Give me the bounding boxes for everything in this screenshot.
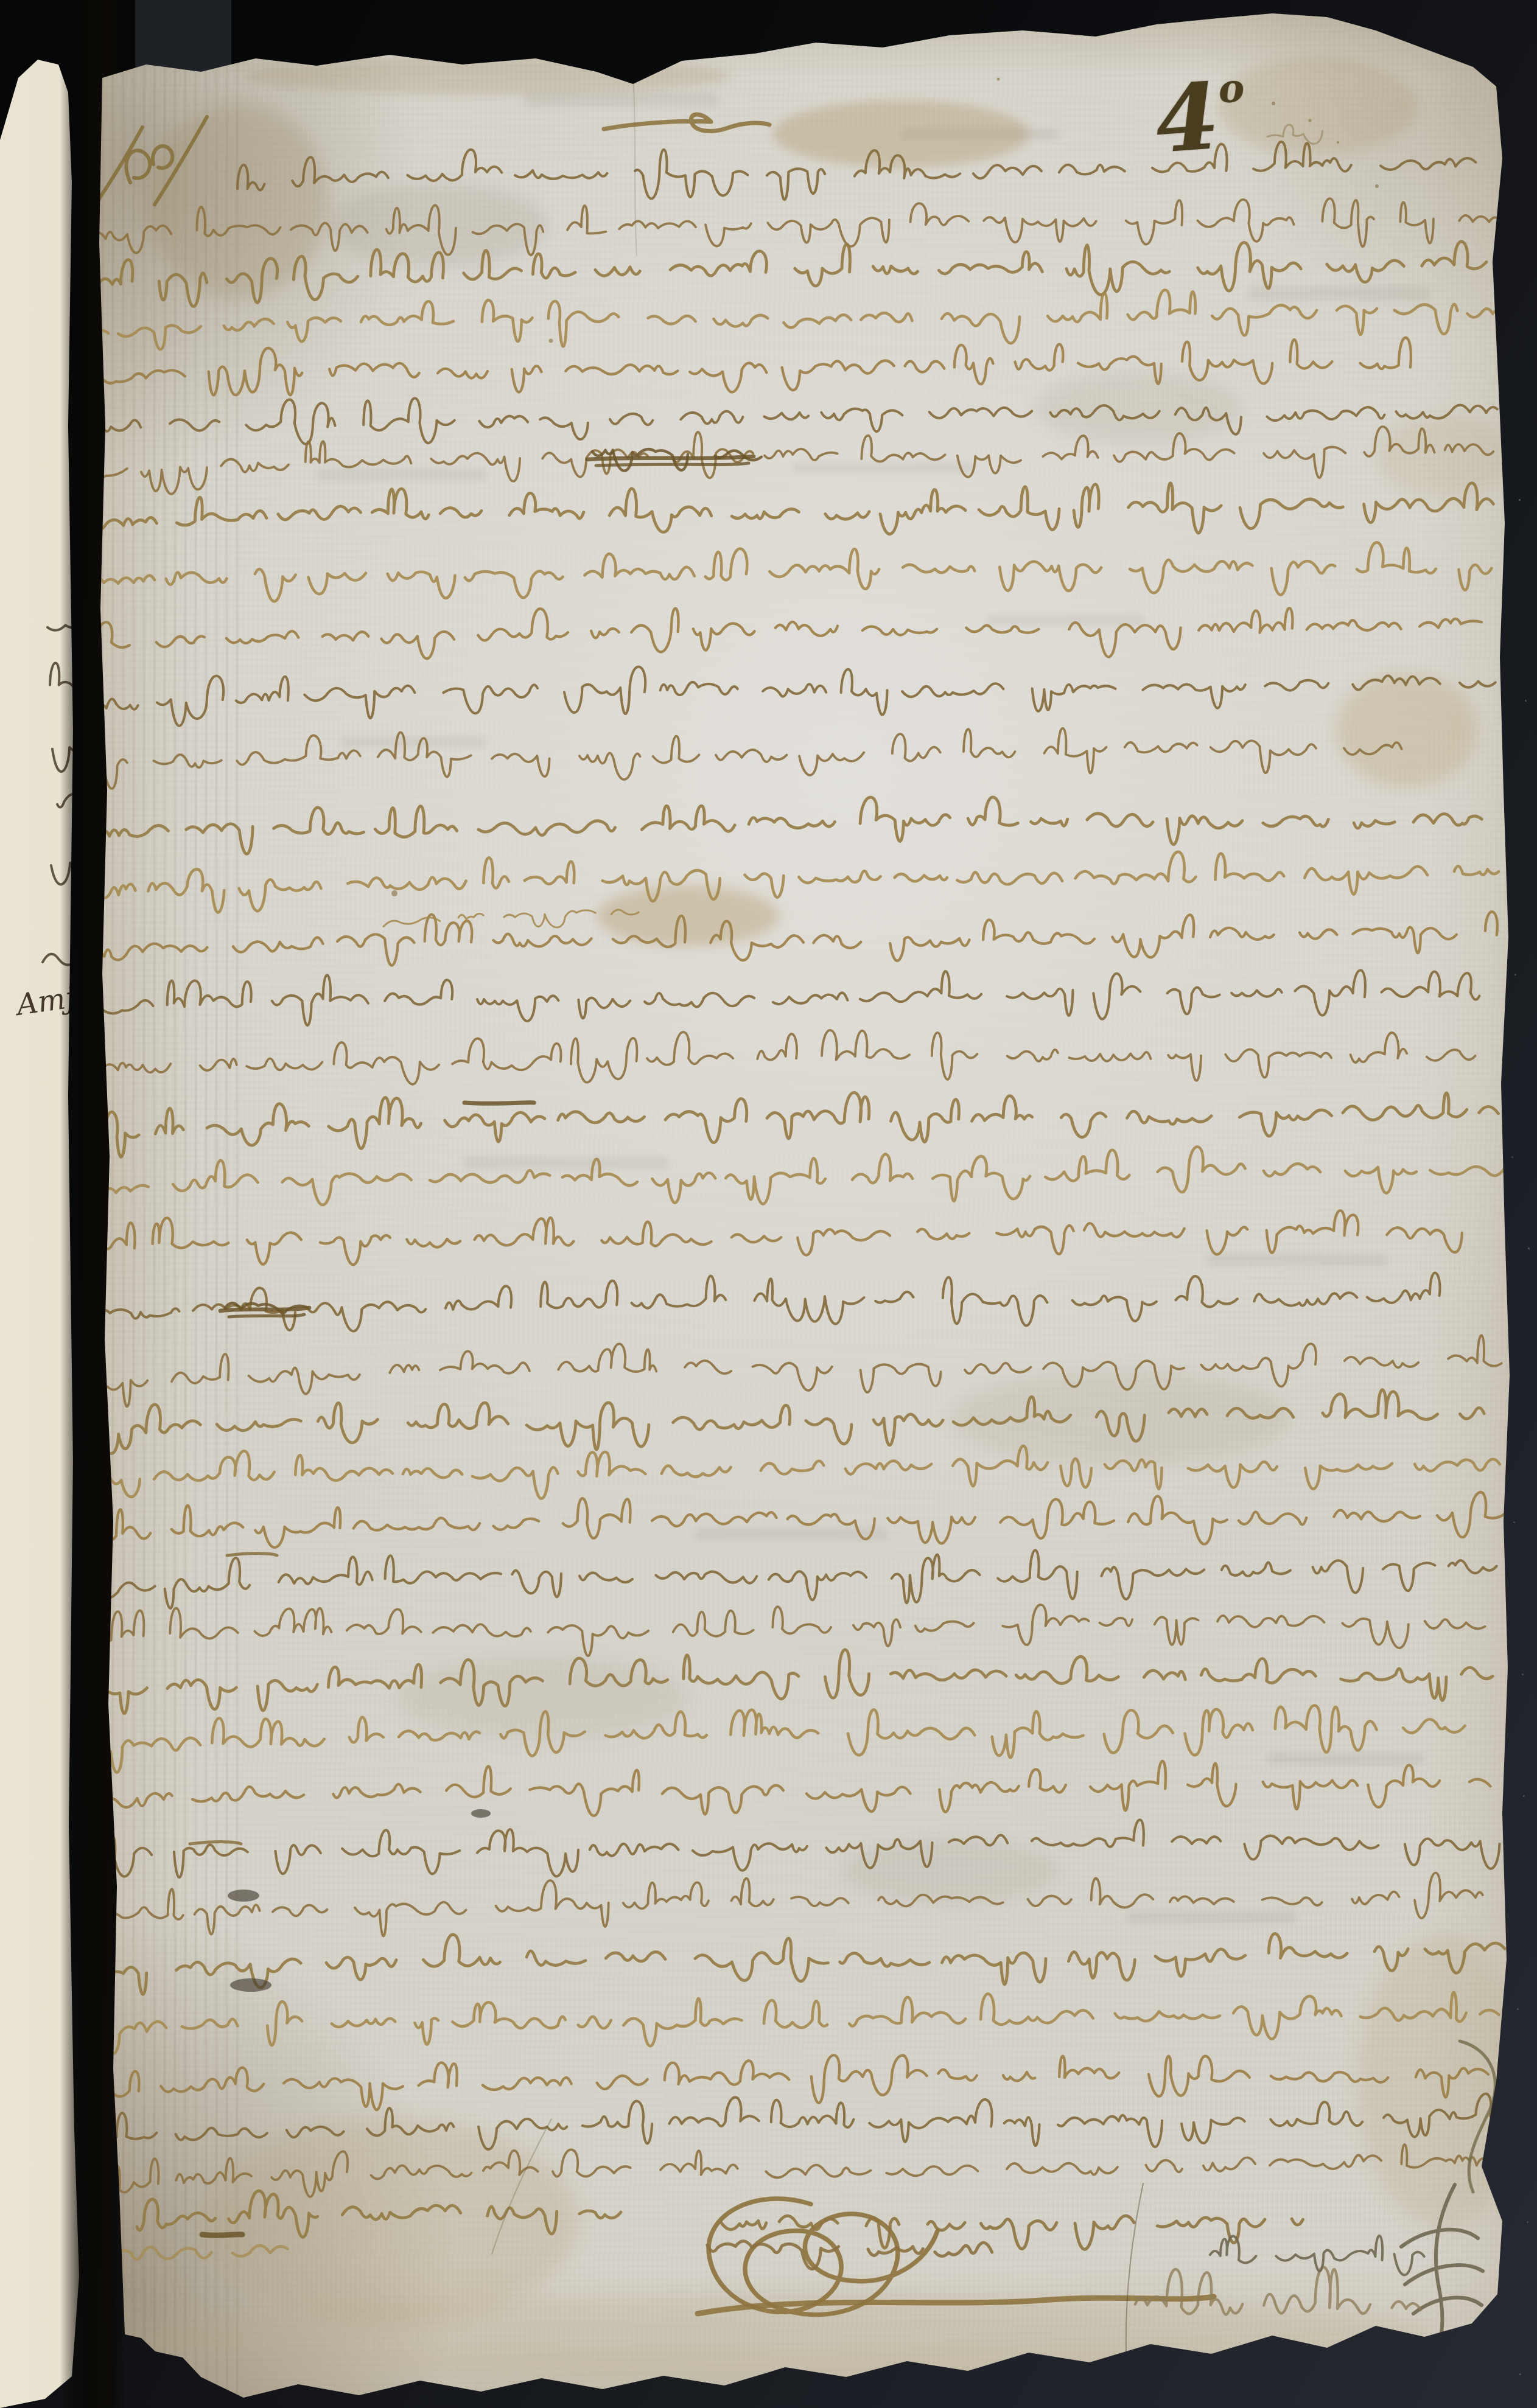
manuscript-text-line <box>91 667 1496 726</box>
ink-speck <box>1272 102 1275 105</box>
manuscript-text-line <box>86 1820 1500 1877</box>
manuscript-text-line <box>83 1761 1491 1816</box>
abbreviation-overbar <box>227 1554 277 1555</box>
manuscript-text-line <box>91 1933 1505 1994</box>
folio-number: 4o <box>1152 65 1250 166</box>
manuscript-text-line <box>90 1705 1465 1772</box>
ink-blotch <box>230 1978 271 1992</box>
backdrop-object <box>135 0 231 74</box>
underline-stroke <box>464 1103 534 1104</box>
signature-text <box>1135 2267 1421 2314</box>
ink-speck <box>1375 184 1379 188</box>
manuscript-text-line <box>86 1092 1498 1157</box>
manuscript-text-line <box>89 542 1491 601</box>
manuscript-text-line <box>237 142 1476 200</box>
manuscript-text-line <box>79 290 1510 355</box>
manuscript-text-line <box>85 1390 1484 1454</box>
manuscript-text-line <box>93 398 1497 444</box>
margin-year-mark <box>96 117 207 204</box>
manuscript-text-line <box>91 1146 1505 1205</box>
manuscript-text-line <box>103 2145 1487 2197</box>
strikethrough-stroke <box>587 456 754 459</box>
handwriting-layer <box>0 0 1537 2408</box>
interlinear-insertion <box>383 910 639 927</box>
manuscript-text-line <box>86 338 1411 396</box>
faint-ink-mark <box>1267 125 1322 144</box>
manuscript-text-line <box>96 2094 1491 2162</box>
ink-blotch <box>228 1890 259 1902</box>
paper-crease <box>492 2119 551 2254</box>
manuscript-text-line <box>88 1273 1440 1331</box>
manuscript-text-line <box>84 912 1497 965</box>
manuscript-page: 4o <box>0 0 1537 2408</box>
ink-speck <box>997 78 1000 81</box>
manuscript-text-line <box>83 242 1486 307</box>
folio-number-digit: 4 <box>1152 63 1222 174</box>
folio-number-suffix: o <box>1217 65 1246 113</box>
signature-text <box>1210 2236 1424 2275</box>
manuscript-text-line <box>82 608 1482 658</box>
ink-blotch <box>471 1809 491 1818</box>
strikethrough-stroke <box>229 1314 304 1317</box>
signature-rubric-left <box>709 2199 937 2315</box>
underline-stroke <box>202 2235 242 2236</box>
strikethrough-stroke <box>220 1308 309 1311</box>
manuscript-text-line <box>85 427 1493 494</box>
ink-speck <box>1309 119 1312 122</box>
signature-rubric-right <box>1401 2185 1483 2364</box>
strikethrough-stroke <box>596 463 749 466</box>
paper-crease <box>1126 2183 1143 2384</box>
manuscript-text-line <box>84 483 1493 550</box>
manuscript-text-line <box>83 728 1402 789</box>
manuscript-text-line <box>82 1030 1476 1091</box>
paper-crease <box>633 74 637 256</box>
ink-speck <box>1337 141 1339 144</box>
manuscript-text-line <box>82 1873 1483 1936</box>
manuscript-text-line <box>85 1992 1499 2054</box>
manuscript-text-line <box>83 1210 1462 1265</box>
ink-speck <box>549 339 553 343</box>
manuscript-text-line <box>84 1492 1507 1548</box>
manuscript-text-line <box>82 1335 1502 1406</box>
manuscript-text-line <box>89 1550 1497 1608</box>
manuscript-text-line <box>82 1605 1485 1662</box>
manuscript-text-line <box>93 2055 1488 2110</box>
dust-specks <box>1519 499 1521 501</box>
manuscript-text-line <box>80 797 1482 857</box>
manuscript-text-line <box>89 970 1479 1025</box>
abbreviation-overbar <box>190 1842 241 1844</box>
ink-speck <box>391 890 397 896</box>
photograph-backdrop: Amj 4o <box>0 0 1537 2408</box>
manuscript-text-line <box>137 2191 621 2237</box>
manuscript-text-line <box>80 1446 1500 1505</box>
manuscript-text-line <box>90 198 1502 255</box>
flourish-dash <box>604 114 769 131</box>
manuscript-text-line <box>85 852 1499 913</box>
manuscript-text-line <box>85 1650 1493 1714</box>
